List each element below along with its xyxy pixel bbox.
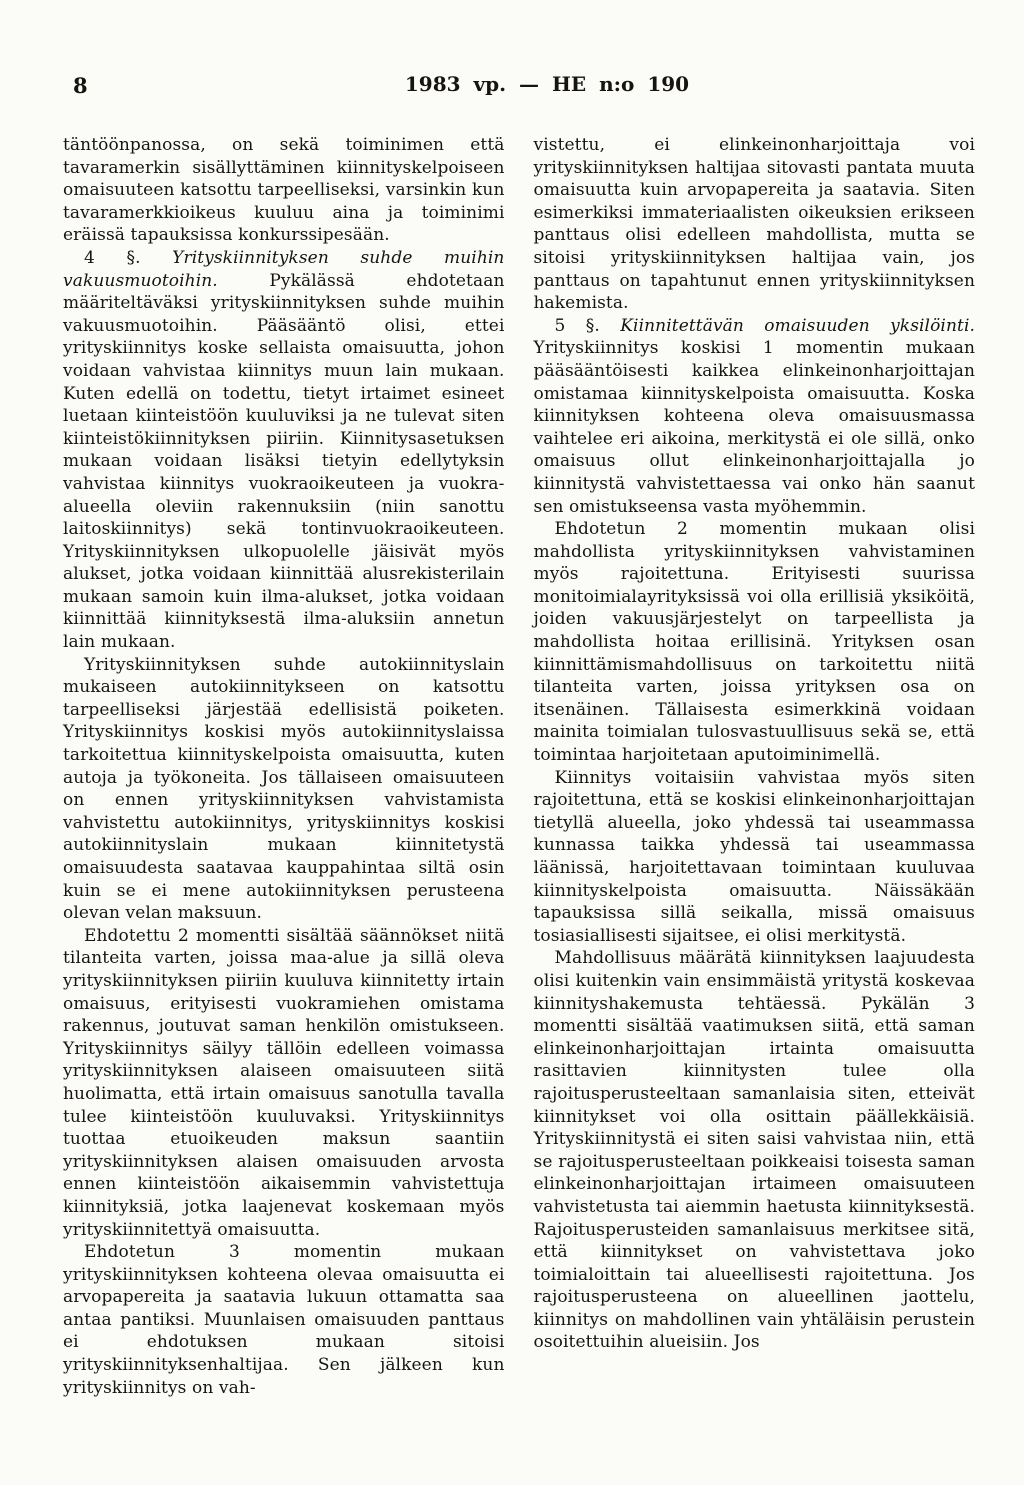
document-page: 8 1983 vp. — HE n:o 190 täntöönpanossa, …	[0, 0, 1024, 1485]
paragraph-text: Ehdotettu 2 momentti sisältää säännökset…	[63, 926, 505, 1240]
section-number: 5 §.	[555, 316, 600, 336]
paragraph: Yrityskiinnityksen suhde autokiinnitysla…	[63, 654, 505, 925]
paragraph-text: vistettu, ei elinkeinonharjoittaja voi y…	[534, 135, 976, 313]
paragraph-text: täntöönpanossa, on sekä toiminimen että …	[63, 135, 505, 245]
paragraph-continuation: vistettu, ei elinkeinonharjoittaja voi y…	[534, 134, 976, 315]
paragraph-text: Kiinnitys voitaisiin vahvistaa myös site…	[534, 768, 976, 946]
section-5-paragraph: 5 §. Kiinnitettävän omaisuuden yksilöint…	[534, 315, 976, 518]
paragraph: Ehdotetun 3 momentin mukaan yrityskiinni…	[63, 1241, 505, 1399]
paragraph-continuation: täntöönpanossa, on sekä toiminimen että …	[63, 134, 505, 247]
paragraph-text: Yrityskiinnitys koskisi 1 momentin mukaa…	[534, 338, 976, 516]
paragraph: Kiinnitys voitaisiin vahvistaa myös site…	[534, 767, 976, 948]
paragraph-text: Mahdollisuus määrätä kiinnityksen laajuu…	[534, 948, 976, 1352]
section-number: 4 §.	[84, 248, 141, 268]
section-4-paragraph: 4 §. Yrityskiinnityksen suhde muihin vak…	[63, 247, 505, 654]
paragraph-text: Yrityskiinnityksen suhde autokiinnitysla…	[63, 655, 505, 924]
paragraph-text: Ehdotetun 2 momentin mukaan olisi mahdol…	[534, 519, 976, 765]
paragraph-text: Ehdotetun 3 momentin mukaan yrityskiinni…	[63, 1242, 505, 1398]
text-body: täntöönpanossa, on sekä toiminimen että …	[63, 134, 975, 1399]
section-title: Kiinnitettävän omaisuuden yksilöinti.	[620, 316, 975, 336]
page-header: 8 1983 vp. — HE n:o 190	[63, 72, 975, 102]
paragraph-text: Pykälässä ehdotetaan määriteltäväksi yri…	[63, 271, 505, 653]
paragraph: Ehdotettu 2 momentti sisältää säännökset…	[63, 925, 505, 1241]
left-column: täntöönpanossa, on sekä toiminimen että …	[63, 134, 505, 1399]
document-title: 1983 vp. — HE n:o 190	[91, 72, 1003, 96]
page-number: 8	[73, 73, 88, 98]
paragraph: Mahdollisuus määrätä kiinnityksen laajuu…	[534, 947, 976, 1354]
right-column: vistettu, ei elinkeinonharjoittaja voi y…	[534, 134, 976, 1399]
paragraph: Ehdotetun 2 momentin mukaan olisi mahdol…	[534, 518, 976, 767]
